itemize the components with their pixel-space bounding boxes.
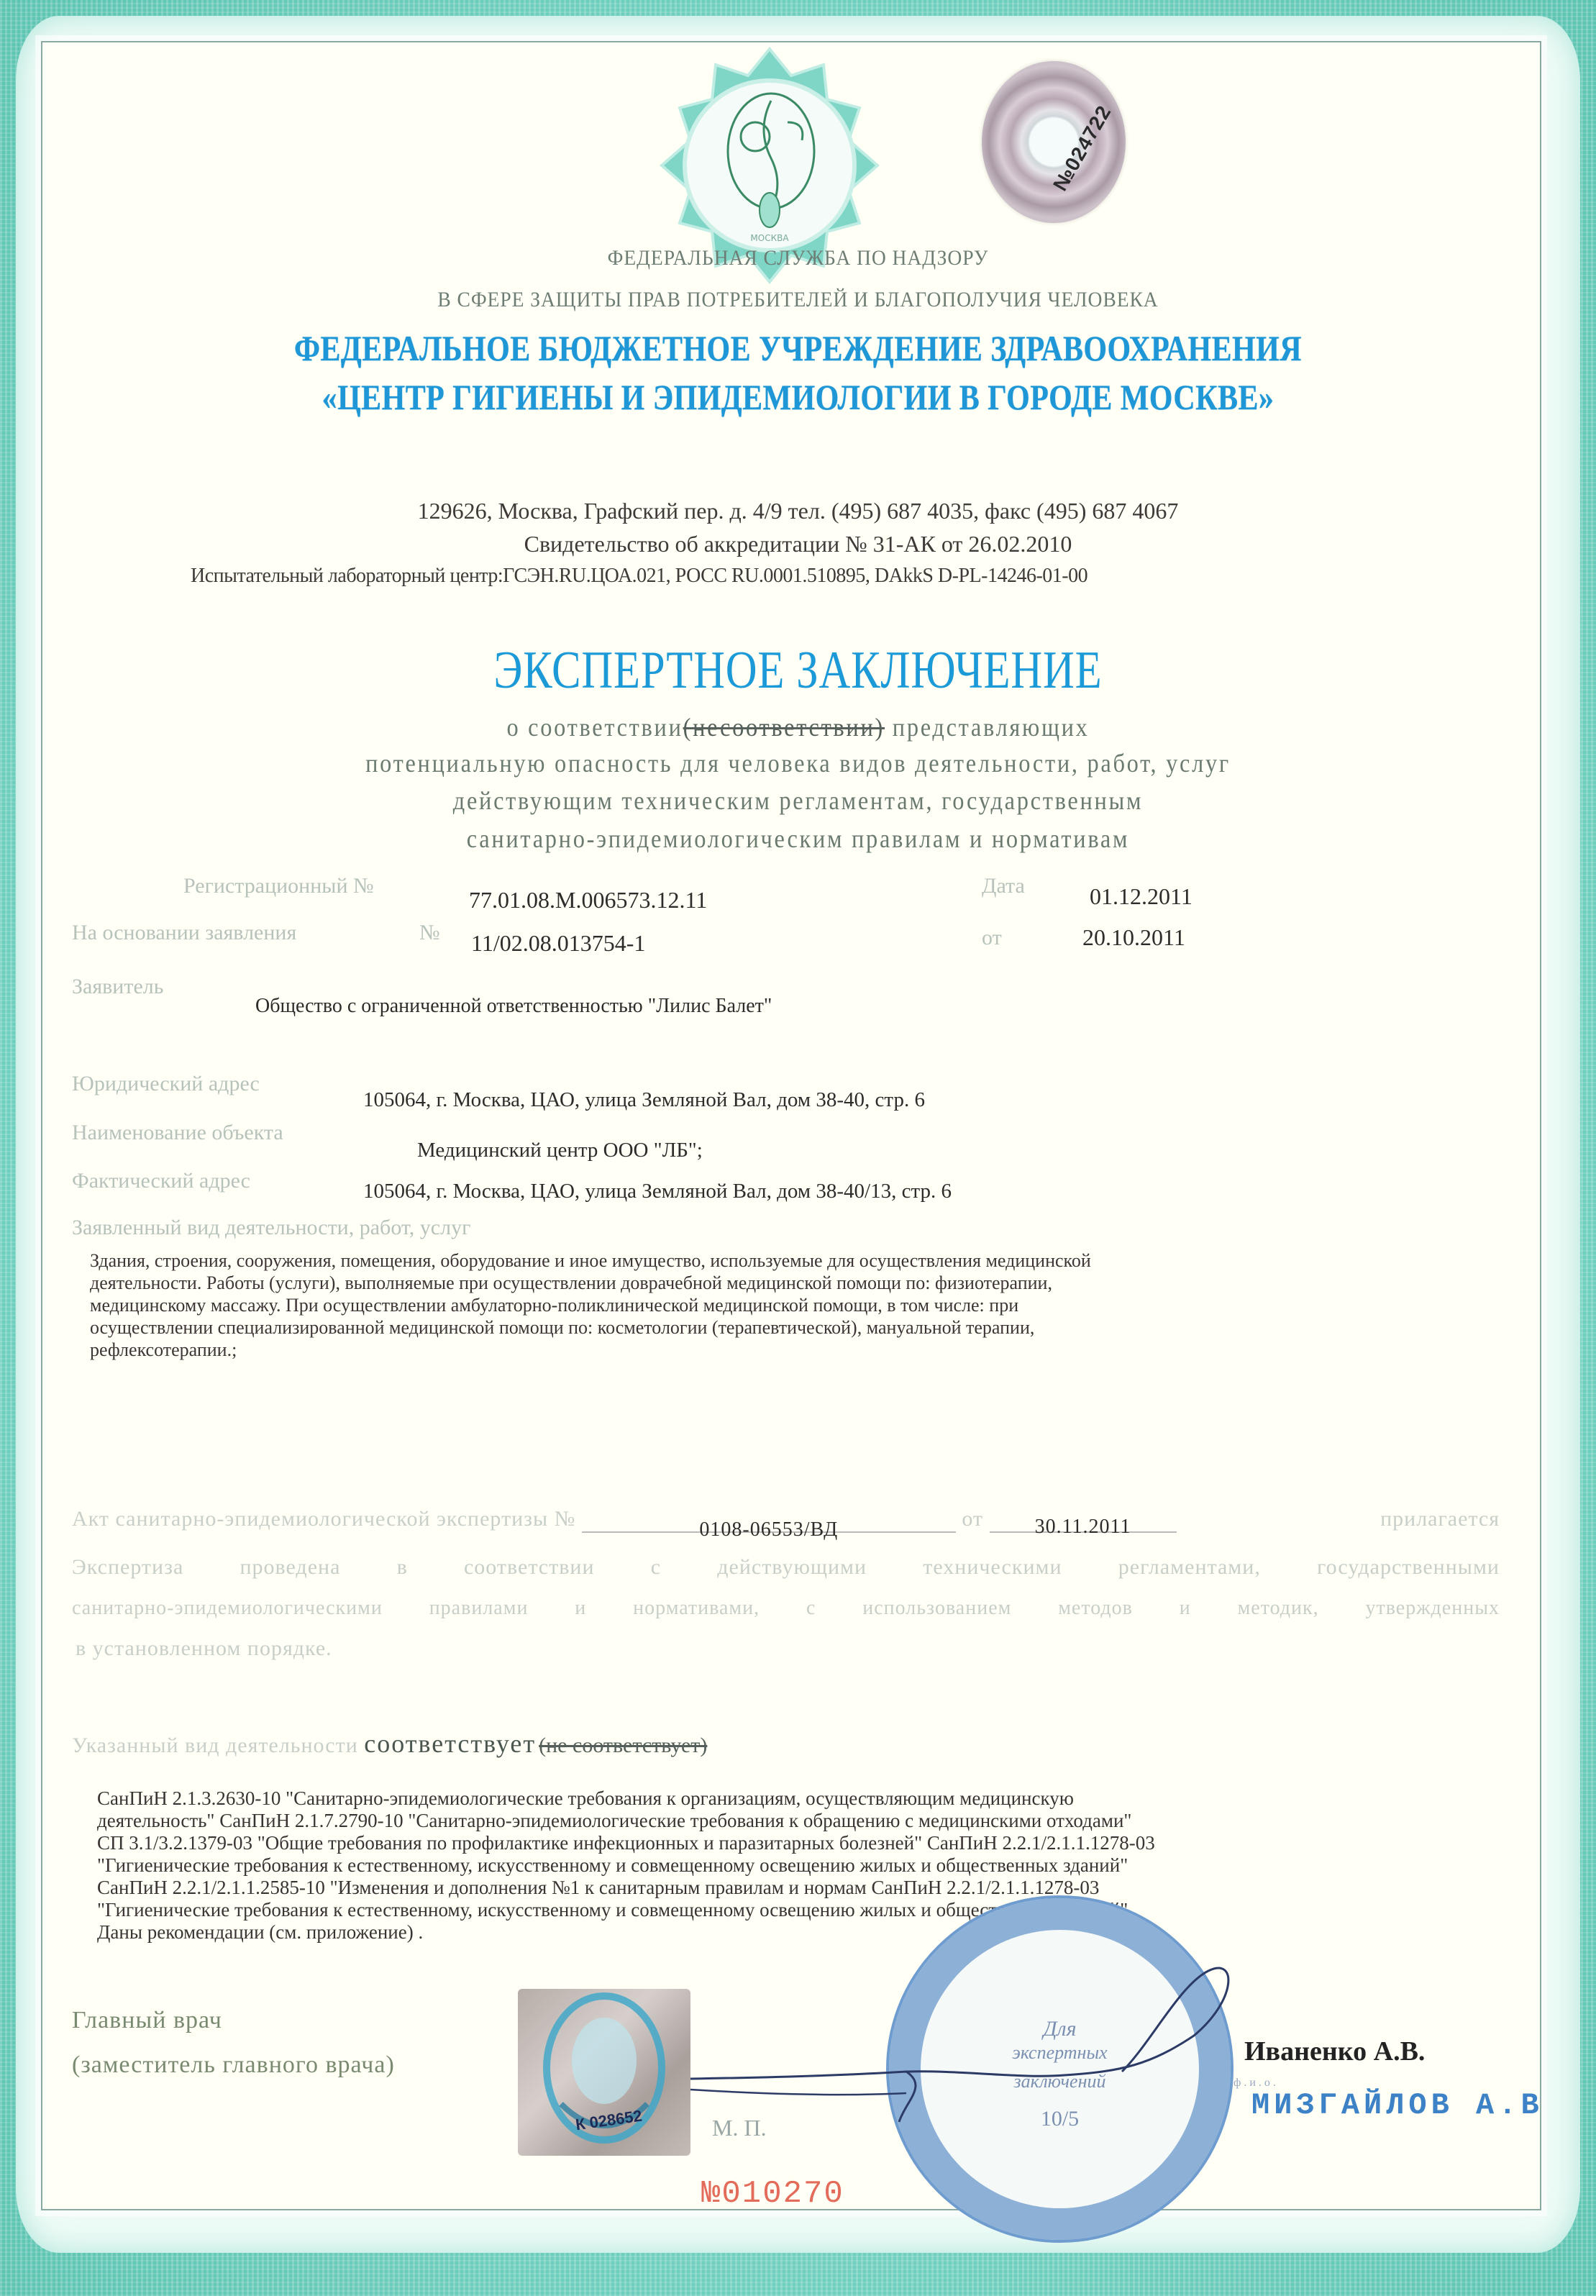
- from-label: от: [982, 926, 1002, 950]
- act-number: 0108-06553/ВД: [699, 1518, 838, 1541]
- act-label: Акт санитарно-эпидемиологической эксперт…: [72, 1507, 575, 1531]
- act-from-label: от: [962, 1507, 983, 1531]
- object-name-label: Наименование объекта: [72, 1121, 283, 1145]
- application-no-sign: №: [419, 921, 440, 945]
- deputy-label: (заместитель главного врача): [72, 2051, 395, 2079]
- norm-line: "Гигиенические требования к естественном…: [97, 1899, 1507, 1921]
- from-value: 20.10.2011: [1082, 924, 1185, 951]
- subtitle-prefix: о соответствии: [506, 713, 683, 742]
- hologram-emblem-icon: [518, 1989, 690, 2156]
- blank-serial-number: №010270: [701, 2176, 844, 2212]
- agency-line-2: В СФЕРЕ ЗАЩИТЫ ПРАВ ПОТРЕБИТЕЛЕЙ И БЛАГО…: [64, 288, 1532, 312]
- conclusion-prefix: Указанный вид деятельности: [72, 1734, 364, 1757]
- norm-line: "Гигиенические требования к естественном…: [97, 1854, 1507, 1877]
- norm-line: СанПиН 2.2.1/2.1.1.2585-10 "Изменения и …: [97, 1877, 1507, 1899]
- hologram-sticker: К 028652: [518, 1989, 690, 2156]
- legal-address-value: 105064, г. Москва, ЦАО, улица Земляной В…: [363, 1088, 925, 1112]
- application-label: На основании заявления: [72, 921, 296, 945]
- hologram-serial: №024722: [1049, 101, 1116, 195]
- agency-line-1: ФЕДЕРАЛЬНАЯ СЛУЖБА ПО НАДЗОРУ: [64, 246, 1532, 270]
- activity-line: рефлексотерапии.;: [90, 1339, 1514, 1361]
- document-title: ЭКСПЕРТНОЕ ЗАКЛЮЧЕНИЕ: [144, 640, 1453, 701]
- institution-line-1: ФЕДЕРАЛЬНОЕ БЮДЖЕТНОЕ УЧРЕЖДЕНИЕ ЗДРАВОО…: [128, 327, 1469, 369]
- svg-text:МОСКВА: МОСКВА: [750, 233, 789, 243]
- date-label: Дата: [982, 874, 1025, 898]
- name-stamp: МИЗГАЙЛОВ А.В: [1251, 2088, 1543, 2123]
- hologram-seal: №024722: [982, 61, 1126, 223]
- reg-no-label: Регистрационный №: [183, 874, 374, 898]
- chief-doctor-label: Главный врач: [72, 2007, 222, 2034]
- norm-line: СП 3.1/3.2.1379-03 "Общие требования по …: [97, 1832, 1507, 1854]
- subtitle-line-3: действующим техническим регламентам, гос…: [80, 785, 1516, 816]
- activity-line: Здания, строения, сооружения, помещения,…: [90, 1249, 1514, 1272]
- activity-line: медицинскому массажу. При осуществлении …: [90, 1294, 1514, 1316]
- application-value: 11/02.08.013754-1: [471, 930, 645, 957]
- applicant-value: Общество с ограниченной ответственностью…: [255, 995, 772, 1018]
- activity-line: осуществлении специализированной медицин…: [90, 1316, 1514, 1339]
- conclusion-struck: (не соответствует): [539, 1734, 707, 1757]
- handwritten-signature: [690, 1956, 1251, 2158]
- norm-line: Даны рекомендации (см. приложение) .: [97, 1921, 1507, 1944]
- institution-line-2: «ЦЕНТР ГИГИЕНЫ И ЭПИДЕМИОЛОГИИ В ГОРОДЕ …: [128, 376, 1469, 418]
- accreditation-line: Свидетельство об аккредитации № 31-АК от…: [0, 531, 1596, 557]
- date-value: 01.12.2011: [1090, 883, 1193, 910]
- subtitle-suffix: представляющих: [885, 713, 1090, 742]
- activity-description: Здания, строения, сооружения, помещения,…: [90, 1249, 1514, 1361]
- actual-address-label: Фактический адрес: [72, 1169, 250, 1193]
- conducted-line-2: санитарно-эпидемиологическими правилами …: [72, 1597, 1500, 1620]
- attached-label: прилагается: [1380, 1507, 1500, 1531]
- subtitle-struck: (несоответствии): [683, 713, 885, 742]
- object-name-value: Медицинский центр ООО "ЛБ";: [417, 1139, 703, 1162]
- norm-line: деятельность" СанПиН 2.1.7.2790-10 "Сани…: [97, 1810, 1507, 1832]
- activity-label: Заявленный вид деятельности, работ, услу…: [72, 1216, 470, 1240]
- subtitle-line-2: потенциальную опасность для человека вид…: [80, 748, 1516, 778]
- reg-no-value: 77.01.08.М.006573.12.11: [469, 887, 707, 914]
- conclusion-verdict: соответствует: [364, 1729, 536, 1758]
- conclusion-line: Указанный вид деятельности соответствует…: [72, 1728, 707, 1759]
- act-date: 30.11.2011: [1035, 1516, 1131, 1538]
- expertise-act-line: Акт санитарно-эпидемиологической эксперт…: [72, 1507, 1500, 1533]
- address-line: 129626, Москва, Графский пер. д. 4/9 тел…: [0, 498, 1596, 524]
- subtitle-line-4: санитарно-эпидемиологическим правилам и …: [80, 824, 1516, 854]
- activity-line: деятельности. Работы (услуги), выполняем…: [90, 1272, 1514, 1294]
- subtitle-line-1: о соответствии(несоответствии) представл…: [80, 712, 1516, 742]
- lab-line: Испытательный лабораторный центр:ГСЭН.RU…: [191, 565, 1087, 588]
- applicant-label: Заявитель: [72, 975, 163, 999]
- norm-line: СанПиН 2.1.3.2630-10 "Санитарно-эпидемио…: [97, 1787, 1507, 1810]
- actual-address-value: 105064, г. Москва, ЦАО, улица Земляной В…: [363, 1180, 952, 1203]
- conducted-line-3: в установленном порядке.: [76, 1636, 332, 1661]
- conducted-line-1: Экспертиза проведена в соответствии с де…: [72, 1555, 1500, 1580]
- norms-list: СанПиН 2.1.3.2630-10 "Санитарно-эпидемио…: [97, 1787, 1507, 1944]
- signer-name: Иваненко А.В.: [1244, 2036, 1425, 2067]
- legal-address-label: Юридический адрес: [72, 1072, 260, 1096]
